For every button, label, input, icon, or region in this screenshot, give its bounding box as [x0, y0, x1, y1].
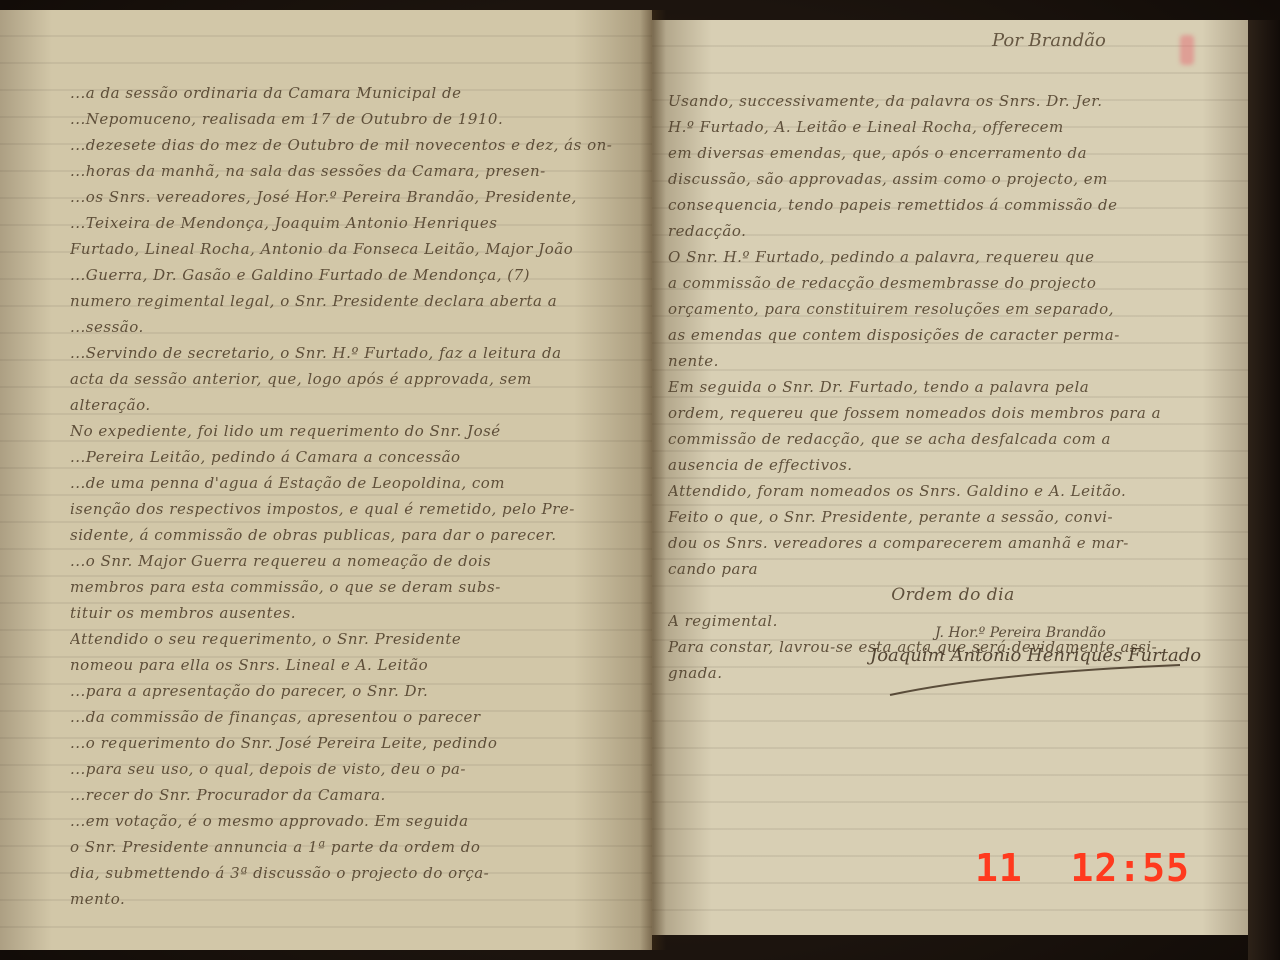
right-page-text: Usando, successivamente, da palavra os S… — [668, 88, 1238, 686]
handwritten-line: sidente, á commissão de obras publicas, … — [70, 522, 630, 548]
section-heading: Ordem do dia — [668, 582, 1238, 608]
handwritten-line: discussão, são approvadas, assim como o … — [668, 166, 1238, 192]
handwritten-line: a commissão de redacção desmembrasse do … — [668, 270, 1238, 296]
handwritten-line: Attendido o seu requerimento, o Snr. Pre… — [70, 626, 630, 652]
handwritten-line: H.º Furtado, A. Leitão e Lineal Rocha, o… — [668, 114, 1238, 140]
handwritten-line: nomeou para ella os Snrs. Lineal e A. Le… — [70, 652, 630, 678]
handwritten-line: ...horas da manhã, na sala das sessões d… — [70, 158, 630, 184]
handwritten-line: Em seguida o Snr. Dr. Furtado, tendo a p… — [668, 374, 1238, 400]
handwritten-line: commissão de redacção, que se acha desfa… — [668, 426, 1238, 452]
handwritten-line: ...Servindo de secretario, o Snr. H.º Fu… — [70, 340, 630, 366]
handwritten-line: o Snr. Presidente annuncia a 1ª parte da… — [70, 834, 630, 860]
handwritten-line: isenção dos respectivos impostos, e qual… — [70, 496, 630, 522]
handwritten-line: ordem, requereu que fossem nomeados dois… — [668, 400, 1238, 426]
camera-timestamp: 11 12:55 — [975, 846, 1190, 890]
handwritten-line: ...Teixeira de Mendonça, Joaquim Antonio… — [70, 210, 630, 236]
handwritten-line: mento. — [70, 886, 630, 912]
handwritten-line: ...da commissão de finanças, apresentou … — [70, 704, 630, 730]
handwritten-line: dou os Snrs. vereadores a comparecerem a… — [668, 530, 1238, 556]
handwritten-line: ...para seu uso, o qual, depois de visto… — [70, 756, 630, 782]
handwritten-line: ...a da sessão ordinaria da Camara Munic… — [70, 80, 630, 106]
left-page-text: ...a da sessão ordinaria da Camara Munic… — [70, 80, 630, 912]
handwritten-line: ...recer do Snr. Procurador da Camara. — [70, 782, 630, 808]
handwritten-line: cando para — [668, 556, 1238, 582]
handwritten-line: membros para esta commissão, o que se de… — [70, 574, 630, 600]
handwritten-line: ...para a apresentação do parecer, o Snr… — [70, 678, 630, 704]
handwritten-line: ...o requerimento do Snr. José Pereira L… — [70, 730, 630, 756]
page-edge-shadow — [1248, 20, 1280, 960]
handwritten-line: consequencia, tendo papeis remettidos á … — [668, 192, 1238, 218]
book-gutter — [640, 10, 666, 950]
ink-stain — [1180, 35, 1194, 65]
handwritten-line: ...sessão. — [70, 314, 630, 340]
handwritten-line: No expediente, foi lido um requerimento … — [70, 418, 630, 444]
handwritten-line: em diversas emendas, que, após o encerra… — [668, 140, 1238, 166]
handwritten-line: ...o Snr. Major Guerra requereu a nomeaç… — [70, 548, 630, 574]
handwritten-line: acta da sessão anterior, que, logo após … — [70, 366, 630, 392]
handwritten-line: alteração. — [70, 392, 630, 418]
open-ledger-book: ...a da sessão ordinaria da Camara Munic… — [0, 0, 1262, 950]
handwritten-line: ...os Snrs. vereadores, José Hor.º Perei… — [70, 184, 630, 210]
handwritten-line: ...em votação, é o mesmo approvado. Em s… — [70, 808, 630, 834]
handwritten-line: as emendas que contem disposições de car… — [668, 322, 1238, 348]
handwritten-line: ...dezesete dias do mez de Outubro de mi… — [70, 132, 630, 158]
handwritten-line: ...Pereira Leitão, pedindo á Camara a co… — [70, 444, 630, 470]
handwritten-line: dia, submettendo á 3ª discussão o projec… — [70, 860, 630, 886]
handwritten-line: O Snr. H.º Furtado, pedindo a palavra, r… — [668, 244, 1238, 270]
handwritten-line: redacção. — [668, 218, 1238, 244]
handwritten-line: Attendido, foram nomeados os Snrs. Galdi… — [668, 478, 1238, 504]
page-header-note: Por Brandão — [992, 30, 1106, 51]
handwritten-line: numero regimental legal, o Snr. Presiden… — [70, 288, 630, 314]
handwritten-line: Furtado, Lineal Rocha, Antonio da Fonsec… — [70, 236, 630, 262]
handwritten-line: ...de uma penna d'agua á Estação de Leop… — [70, 470, 630, 496]
signature-flourish-icon — [880, 660, 1190, 700]
handwritten-line: ausencia de effectivos. — [668, 452, 1238, 478]
signature-president: J. Hor.º Pereira Brandão — [935, 625, 1106, 641]
handwritten-line: orçamento, para constituirem resoluções … — [668, 296, 1238, 322]
handwritten-line: tituir os membros ausentes. — [70, 600, 630, 626]
handwritten-line: ...Guerra, Dr. Gasão e Galdino Furtado d… — [70, 262, 630, 288]
handwritten-line: nente. — [668, 348, 1238, 374]
handwritten-line: Usando, successivamente, da palavra os S… — [668, 88, 1238, 114]
handwritten-line: Feito o que, o Snr. Presidente, perante … — [668, 504, 1238, 530]
handwritten-line: ...Nepomuceno, realisada em 17 de Outubr… — [70, 106, 630, 132]
